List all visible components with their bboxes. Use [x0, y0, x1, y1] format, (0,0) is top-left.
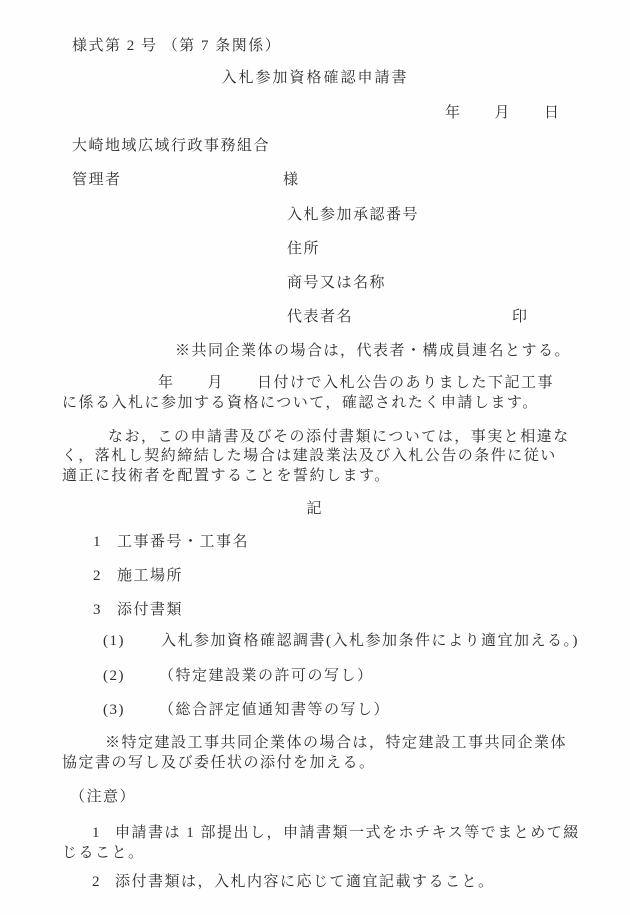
jv-attachment-note-line-1: ※特定建設工事共同企業体の場合は，特定建設工事共同企業体: [105, 733, 567, 753]
attachment-label: （総合評定値通知書等の写し）: [159, 700, 390, 720]
pledge-paragraph-line-2: く，落札し契約締結した場合は建設業法及び入札公告の条件に従い: [62, 446, 557, 466]
request-paragraph-line-1: 年 月 日付けで入札公告のありました下記工事: [158, 373, 554, 393]
note-row-2: 2 添付書類は，入札内容に応じて適宜記載すること。: [0, 872, 630, 892]
attachment-row-2: (2) （特定建設業の許可の写し）: [0, 666, 630, 686]
work-item-row-3: 3 添付書類: [0, 600, 630, 620]
note-number: 1: [92, 823, 101, 843]
addressee-honorific: 様: [283, 170, 300, 190]
work-item-label: 施工場所: [117, 566, 183, 586]
notes-heading: （注意）: [70, 787, 136, 807]
pledge-paragraph-line-1: なお，この申請書及びその添付書類については，事実と相違な: [108, 427, 570, 447]
attachment-number: (3): [103, 700, 125, 720]
trade-name-label: 商号又は名称: [287, 273, 386, 293]
addressee-row: 管理者 様: [0, 170, 630, 190]
record-heading: 記: [0, 499, 630, 519]
address-label: 住所: [287, 239, 320, 259]
representative-label: 代表者名: [287, 307, 353, 327]
jv-attachment-note-line-2: 協定書の写し及び委任状の添付を加える。: [62, 753, 376, 773]
attachment-number: (2): [103, 666, 125, 686]
note-text: 申請書は 1 部提出し，申請書類一式をホチキス等でまとめて綴: [115, 823, 580, 843]
form-number: 様式第 2 号 （第 7 条関係）: [72, 36, 281, 56]
document-page: 様式第 2 号 （第 7 条関係） 入札参加資格確認申請書 年 月 日 大崎地域…: [0, 0, 630, 915]
note-number: 2: [92, 872, 101, 892]
work-item-number: 1: [93, 532, 102, 552]
work-item-row-1: 1 工事番号・工事名: [0, 532, 630, 552]
addressee-role: 管理者: [72, 170, 122, 190]
work-item-number: 3: [93, 600, 102, 620]
attachment-row-1: (1) 入札参加資格確認調書(入札参加条件により適宜加える。): [0, 631, 630, 651]
pledge-paragraph-line-3: 適正に技術者を配置することを誓約します。: [62, 466, 391, 486]
representative-row: 代表者名 印: [0, 307, 630, 327]
attachment-label: 入札参加資格確認調書(入札参加条件により適宜加える。): [161, 631, 579, 651]
request-paragraph-line-2: に係る入札に参加する資格について，確認されたく申請します。: [62, 393, 539, 413]
attachment-row-3: (3) （総合評定値通知書等の写し）: [0, 700, 630, 720]
document-title: 入札参加資格確認申請書: [0, 68, 630, 88]
date-blank-line: 年 月 日: [445, 103, 561, 123]
work-item-label: 工事番号・工事名: [117, 532, 249, 552]
note-row-1-continuation: じること。: [62, 843, 145, 863]
attachment-number: (1): [103, 631, 125, 651]
joint-venture-note: ※共同企業体の場合は，代表者・構成員連名とする。: [175, 341, 571, 361]
addressee-organization: 大崎地域広域行政事務組合: [72, 136, 270, 156]
note-text: 添付書類は，入札内容に応じて適宜記載すること。: [115, 872, 495, 892]
attachment-label: （特定建設業の許可の写し）: [159, 666, 374, 686]
work-item-number: 2: [93, 566, 102, 586]
approval-number-label: 入札参加承認番号: [287, 205, 419, 225]
seal-mark: 印: [512, 307, 529, 327]
work-item-label: 添付書類: [117, 600, 183, 620]
work-item-row-2: 2 施工場所: [0, 566, 630, 586]
note-row-1: 1 申請書は 1 部提出し，申請書類一式をホチキス等でまとめて綴: [0, 823, 630, 843]
